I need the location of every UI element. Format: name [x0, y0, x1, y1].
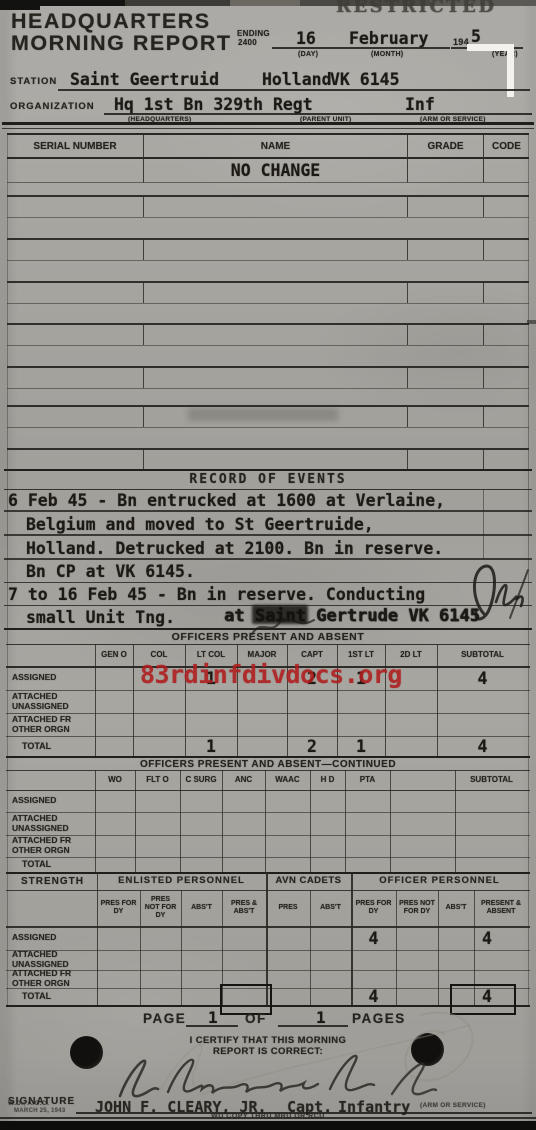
month-sublabel: (MONTH) [371, 51, 403, 58]
officers-header-stub [8, 644, 95, 666]
officers-cell [95, 690, 133, 713]
continued-cell [455, 790, 528, 812]
events-line: Holland. Detrucked at 2100. Bn in reserv… [26, 539, 443, 558]
strength-cell [97, 988, 140, 1005]
watermark-text: 83rdinfdivdocs.org [140, 660, 402, 689]
continued-cell [310, 790, 345, 812]
continued-cell [345, 812, 390, 835]
strength-cell [181, 926, 222, 950]
date-day-value: 16 [296, 29, 316, 48]
continued-cell [455, 857, 528, 872]
strength-subcol-header: PRES & ABS'T [222, 890, 266, 926]
strength-cell [438, 950, 474, 970]
continued-col-header: WAAC [265, 770, 310, 790]
continued-cell [390, 790, 455, 812]
officers-cell [437, 713, 528, 736]
strength-cell [181, 970, 222, 988]
roster-empty-row [7, 448, 529, 470]
continued-cell [180, 790, 222, 812]
events-rule [4, 510, 532, 512]
strength-cell [181, 950, 222, 970]
continued-cell [455, 812, 528, 835]
officers-cell [95, 713, 133, 736]
strength-row-label: ASSIGNED [8, 926, 97, 950]
section-divider-thin [2, 128, 534, 129]
continued-cell [180, 835, 222, 857]
events-title-rule [4, 489, 532, 491]
officers-cell [185, 713, 237, 736]
strength-cell [351, 970, 396, 988]
strength-group-enlisted: ENLISTED PERSONNEL [97, 872, 266, 890]
events-line: 7 to 16 Feb 45 - Bn in reserve. Conducti… [8, 585, 425, 604]
events-line: small Unit Tng. [26, 608, 175, 627]
continued-col-header: WO [95, 770, 135, 790]
roster-col-serial: SERIAL NUMBER [7, 135, 143, 159]
continued-cell [135, 790, 180, 812]
strength-subcol-header: PRES NOT FOR DY [396, 890, 438, 926]
continued-cell [95, 857, 135, 872]
strength-subcol-header: ABS'T [181, 890, 222, 926]
officers-cell: 1 [185, 736, 237, 756]
station-underline [58, 89, 530, 91]
strength-cell [310, 926, 351, 950]
continued-cell [310, 857, 345, 872]
strength-group-officer: OFFICER PERSONNEL [351, 872, 528, 890]
strength-subcol-header: ABS'T [438, 890, 474, 926]
officers-cell [337, 690, 385, 713]
strength-subcol-header: PRES FOR DY [97, 890, 140, 926]
officers-col-header: SUBTOTAL [437, 644, 528, 666]
continued-cell [310, 812, 345, 835]
continued-cell [95, 790, 135, 812]
officers-cell [133, 690, 185, 713]
officers-cell [385, 736, 437, 756]
strength-cell [266, 926, 310, 950]
continued-col-header: PTA [345, 770, 390, 790]
organization-value: Hq 1st Bn 329th Regt [114, 95, 313, 114]
officers-row-label: ATTACHED FR OTHER ORGN [8, 713, 92, 736]
officers-cell [133, 736, 185, 756]
officers-cell [95, 666, 133, 690]
table-right-edge [528, 133, 529, 1005]
continued-cell [390, 812, 455, 835]
erased-smudge [188, 408, 338, 421]
form-id-line1: W.D., A.G.O. [8, 1100, 49, 1107]
roster-cell-serial [7, 159, 143, 183]
strength-subcol-header: PRES [266, 890, 310, 926]
officers-cell [95, 736, 133, 756]
officers-cell [437, 690, 528, 713]
continued-cell [390, 857, 455, 872]
station-label: STATION [10, 76, 57, 87]
continued-col-header: ANC [222, 770, 265, 790]
continued-cell [135, 835, 180, 857]
officers-row-label: ASSIGNED [8, 666, 95, 690]
officers-cell: 4 [437, 666, 528, 690]
station-city-value: Saint Geertruid [70, 70, 219, 89]
events-line: Belgium and moved to St Geertruide, [26, 515, 374, 534]
roster-col-name: NAME [143, 135, 407, 159]
strength-cell [140, 970, 181, 988]
strength-cell: 4 [351, 926, 396, 950]
strength-cell [266, 970, 310, 988]
continued-cell [310, 835, 345, 857]
officers-row-label: ATTACHED UNASSIGNED [8, 690, 92, 713]
strength-cell [310, 950, 351, 970]
continued-cell [390, 835, 455, 857]
officers-cell [185, 690, 237, 713]
continued-cell [222, 812, 265, 835]
organization-arm-value: Inf [405, 95, 435, 114]
restricted-stamp: RESTRICTED [336, 0, 497, 17]
continued-cell [135, 812, 180, 835]
table-left-edge [7, 133, 8, 1005]
strength-subcol-header: ABS'T [310, 890, 351, 926]
strength-cell: 4 [460, 926, 514, 950]
continued-col-header: FLT O [135, 770, 180, 790]
strength-cell [222, 950, 266, 970]
strength-row-label: ATTACHED FR OTHER ORGN [8, 970, 94, 988]
continued-col-header [390, 770, 455, 790]
roster-empty-row [7, 323, 529, 367]
strength-cell [396, 950, 438, 970]
strength-cell [396, 970, 438, 988]
roster-cell-code [483, 159, 529, 183]
continued-cell [222, 790, 265, 812]
officers-cell [337, 713, 385, 736]
continued-row-label: ATTACHED UNASSIGNED [8, 812, 92, 835]
morning-report-scan: RESTRICTED HEADQUARTERS MORNING REPORT E… [0, 0, 536, 1130]
continued-cell [265, 790, 310, 812]
strength-cell [97, 970, 140, 988]
officers-cell [385, 690, 437, 713]
strength-cell [140, 926, 181, 950]
events-rule [4, 534, 532, 536]
strength-group-avn: AVN CADETS [266, 872, 351, 890]
continued-cell [180, 812, 222, 835]
events-line: 6 Feb 45 - Bn entrucked at 1600 at Verla… [8, 491, 445, 510]
arm-service-small-label: (ARM OR SERVICE) [420, 1102, 486, 1109]
strength-subcol-header: PRES NOT FOR DY [140, 890, 181, 926]
date-underline [272, 47, 450, 49]
organization-label: ORGANIZATION [10, 101, 95, 112]
officers-continued-table: WO FLT O C SURG ANC WAAC H D PTA SUBTOTA… [8, 770, 528, 872]
events-title: RECORD OF EVENTS [8, 471, 528, 487]
roster-empty-row [7, 281, 529, 324]
roster-col-grade: GRADE [407, 135, 483, 159]
strength-subcol-header: PRES FOR DY [351, 890, 396, 926]
strength-row-label: TOTAL [8, 988, 97, 1005]
station-coord-value: VK 6145 [330, 70, 400, 89]
strength-cell [97, 926, 140, 950]
continued-row-label: TOTAL [8, 857, 95, 872]
roster-cell-grade [407, 159, 483, 183]
officers-cell [287, 713, 337, 736]
handwritten-initials [462, 556, 536, 630]
continued-cell [345, 857, 390, 872]
roster-empty-row [7, 366, 529, 406]
section-divider-heavy [2, 122, 534, 125]
continued-cell [345, 835, 390, 857]
continued-row-label: ASSIGNED [8, 790, 95, 812]
strength-cell [396, 926, 438, 950]
officers-cell: 4 [437, 736, 528, 756]
officers-cell: 1 [337, 736, 385, 756]
roster-entry-no-change: NO CHANGE [143, 159, 407, 183]
copy-note: WD COPY THRU MRU OR RCU [168, 1113, 368, 1120]
strength-cell [140, 950, 181, 970]
day-sublabel: (DAY) [298, 51, 318, 58]
continued-cell [265, 857, 310, 872]
officers-title: OFFICERS PRESENT AND ABSENT [8, 630, 528, 643]
strength-cell [266, 950, 310, 970]
continued-cell [265, 835, 310, 857]
continued-cell [455, 835, 528, 857]
continued-col-header: SUBTOTAL [455, 770, 528, 790]
continued-row-label: ATTACHED FR OTHER ORGN [8, 835, 92, 857]
continued-cell [95, 812, 135, 835]
strength-cell [351, 950, 396, 970]
roster-empty-row [7, 238, 529, 282]
officers-cell [237, 690, 287, 713]
officers-cell [287, 690, 337, 713]
officers-continued-title: OFFICERS PRESENT AND ABSENT—CONTINUED [8, 758, 528, 770]
form-id-line2: MARCH 25, 1943 [14, 1108, 66, 1114]
continued-header-stub [8, 770, 95, 790]
events-rule [4, 558, 532, 560]
continued-cell [180, 857, 222, 872]
events-line: Bn CP at VK 6145. [26, 562, 195, 581]
continued-cell [345, 790, 390, 812]
officers-cell: 2 [287, 736, 337, 756]
continued-col-header: H D [310, 770, 345, 790]
strength-subcol-header: PRESENT & ABSENT [474, 890, 528, 926]
strength-cell [310, 970, 351, 988]
strength-cell [222, 926, 266, 950]
events-right-divider [483, 489, 484, 559]
officers-cell [133, 713, 185, 736]
roster-col-code: CODE [483, 135, 529, 159]
events-rule [4, 582, 532, 584]
officers-cell [237, 736, 287, 756]
roster-table: SERIAL NUMBER NAME GRADE CODE NO CHANGE [7, 133, 529, 183]
station-country-value: Holland [262, 70, 332, 89]
continued-cell [95, 835, 135, 857]
continued-col-header: C SURG [180, 770, 222, 790]
strength-cell [97, 950, 140, 970]
continued-cell [222, 857, 265, 872]
strength-title: STRENGTH [8, 872, 97, 890]
roster-empty-row [7, 195, 529, 239]
strength-subheader-stub [8, 890, 97, 926]
year-sublabel: (YEAR) [492, 51, 518, 58]
continued-cell [265, 812, 310, 835]
officers-col-header: GEN O [95, 644, 133, 666]
officers-cell [237, 713, 287, 736]
ending-label: ENDING [237, 29, 270, 38]
continued-cell [135, 857, 180, 872]
continued-cell [222, 835, 265, 857]
date-month-value: February [349, 29, 428, 48]
strength-row-label: ATTACHED UNASSIGNED [8, 950, 94, 970]
scan-bottom-edge [0, 1121, 536, 1130]
officers-cell [385, 713, 437, 736]
ending-time: 2400 [238, 38, 257, 47]
form-title-line2: MORNING REPORT [11, 31, 231, 56]
organization-underline [104, 113, 532, 115]
officers-row-label: TOTAL [8, 736, 95, 756]
strength-cell [474, 950, 528, 970]
